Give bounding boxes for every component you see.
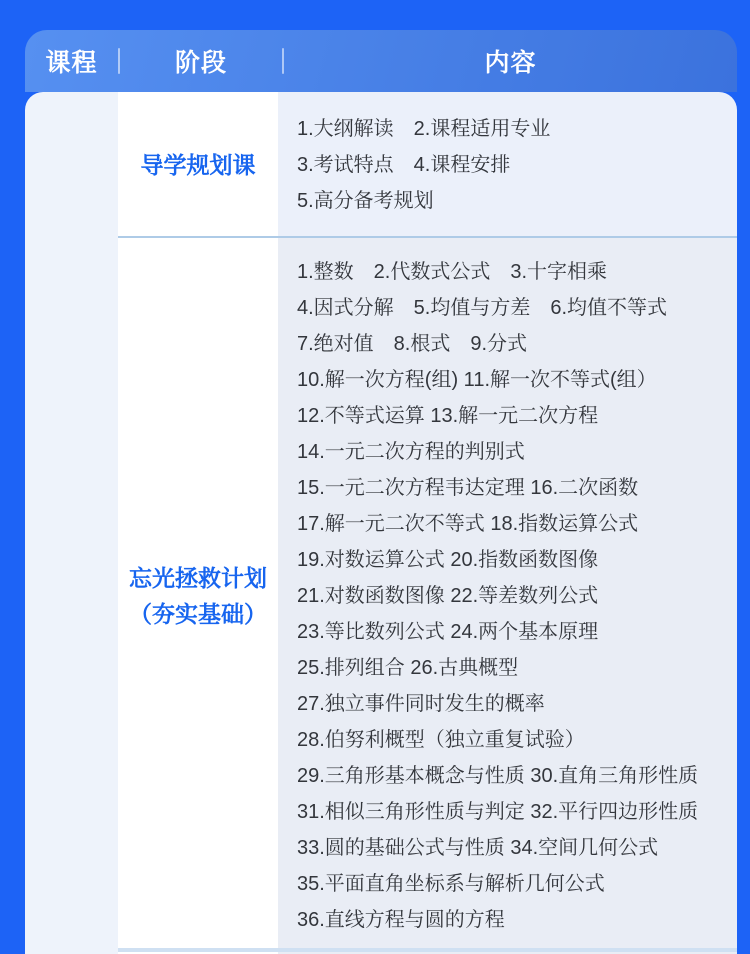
- stage-label-row1: 导学规划课: [141, 147, 256, 183]
- content-line: 15.一元二次方程韦达定理 16.二次函数: [297, 470, 731, 506]
- stage-column: 导学规划课 忘光拯救计划 （夯实基础）: [118, 92, 278, 954]
- header-label-content: 内容: [484, 43, 536, 79]
- stage-cell-row1: 导学规划课: [118, 92, 278, 237]
- content-line: 17.解一元二次不等式 18.指数运算公式: [297, 506, 731, 542]
- content-line: 36.直线方程与圆的方程: [297, 902, 731, 938]
- content-column: 1.大纲解读 2.课程适用专业3.考试特点 4.课程安排5.高分备考规划 1.整…: [278, 92, 737, 954]
- bottom-row-divider: [118, 948, 737, 952]
- content-cell-row1: 1.大纲解读 2.课程适用专业3.考试特点 4.课程安排5.高分备考规划: [278, 92, 737, 237]
- content-line: 3.考试特点 4.课程安排: [297, 147, 731, 183]
- header-col-stage: 阶段: [120, 30, 282, 92]
- header-col-content: 内容: [284, 30, 737, 92]
- course-column-cell: [25, 92, 118, 954]
- content-line: 23.等比数列公式 24.两个基本原理: [297, 614, 731, 650]
- content-line: 14.一元二次方程的判别式: [297, 434, 731, 470]
- content-line: 33.圆的基础公式与性质 34.空间几何公式: [297, 830, 731, 866]
- content-line: 4.因式分解 5.均值与方差 6.均值不等式: [297, 290, 731, 326]
- content-cell-row2: 1.整数 2.代数式公式 3.十字相乘4.因式分解 5.均值与方差 6.均值不等…: [278, 237, 737, 954]
- content-line: 35.平面直角坐标系与解析几何公式: [297, 866, 731, 902]
- content-line: 19.对数运算公式 20.指数函数图像: [297, 542, 731, 578]
- header-col-course: 课程: [25, 30, 118, 92]
- content-line: 1.大纲解读 2.课程适用专业: [297, 111, 731, 147]
- content-line: 21.对数函数图像 22.等差数列公式: [297, 578, 731, 614]
- stage-label-row2-line1: 忘光拯救计划: [129, 560, 267, 596]
- content-line: 27.独立事件同时发生的概率: [297, 686, 731, 722]
- content-line: 25.排列组合 26.古典概型: [297, 650, 731, 686]
- stage-cell-row2: 忘光拯救计划 （夯实基础）: [118, 237, 278, 954]
- content-line: 31.相似三角形性质与判定 32.平行四边形性质: [297, 794, 731, 830]
- table-header: 课程 阶段 内容: [25, 30, 737, 92]
- content-line: 1.整数 2.代数式公式 3.十字相乘: [297, 254, 731, 290]
- header-label-course: 课程: [45, 43, 97, 79]
- table-body: 导学规划课 忘光拯救计划 （夯实基础） 1.大纲解读 2.课程适用专业3.考试特…: [25, 92, 737, 954]
- row-divider: [118, 236, 737, 238]
- content-line: 12.不等式运算 13.解一元二次方程: [297, 398, 731, 434]
- content-line: 5.高分备考规划: [297, 183, 731, 219]
- stage-label-row2-line2: （夯实基础）: [129, 596, 267, 632]
- header-label-stage: 阶段: [175, 43, 227, 79]
- content-line: 7.绝对值 8.根式 9.分式: [297, 326, 731, 362]
- content-line: 10.解一次方程(组) 11.解一次不等式(组）: [297, 362, 731, 398]
- content-line: 29.三角形基本概念与性质 30.直角三角形性质: [297, 758, 731, 794]
- content-line: 28.伯努利概型（独立重复试验）: [297, 722, 731, 758]
